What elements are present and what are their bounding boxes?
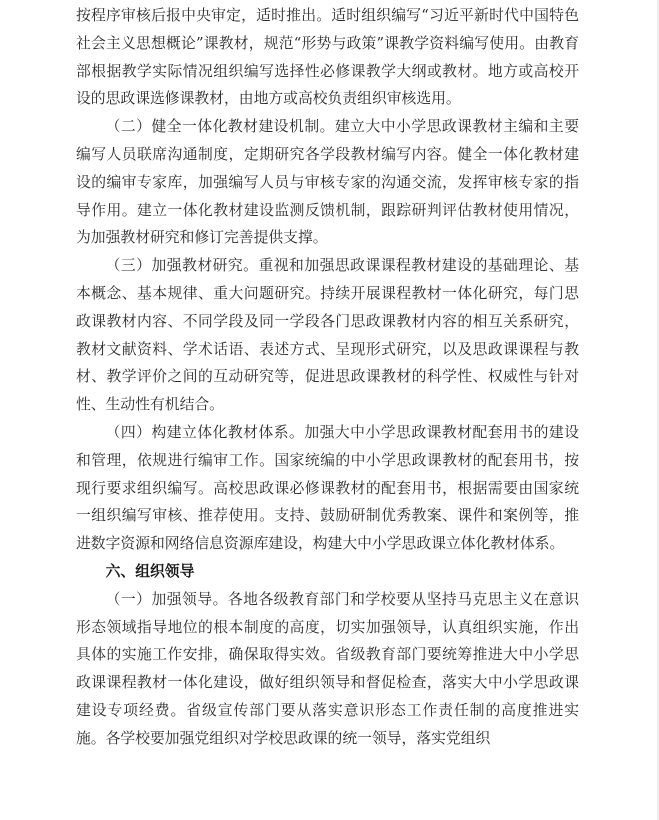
paragraph-item-4-textbook-system: （四）构建立体化教材体系。加强大中小学思政课教材配套用书的建设和管理，依规进行编… [76, 419, 579, 558]
section-heading-organization-leadership: 六、组织领导 [76, 558, 579, 586]
paragraph-item-3-textbook-research: （三）加强教材研究。重视和加强思政课课程教材建设的基础理论、基本概念、基本规律、… [76, 252, 579, 419]
paragraph-continuation: 按程序审核后报中央审定，适时推出。适时组织编写“习近平新时代中国特色社会主义思想… [76, 2, 579, 113]
document-page: 按程序审核后报中央审定，适时推出。适时组织编写“习近平新时代中国特色社会主义思想… [0, 0, 657, 820]
paragraph-item-1-strengthen-leadership: （一）加强领导。各地各级教育部门和学校要从坚持马克思主义在意识形态领域指导地位的… [76, 586, 579, 753]
paragraph-item-2-textbook-mechanism: （二）健全一体化教材建设机制。建立大中小学思政课教材主编和主要编写人员联席沟通制… [76, 113, 579, 252]
document-body: 按程序审核后报中央审定，适时推出。适时组织编写“习近平新时代中国特色社会主义思想… [76, 2, 579, 753]
